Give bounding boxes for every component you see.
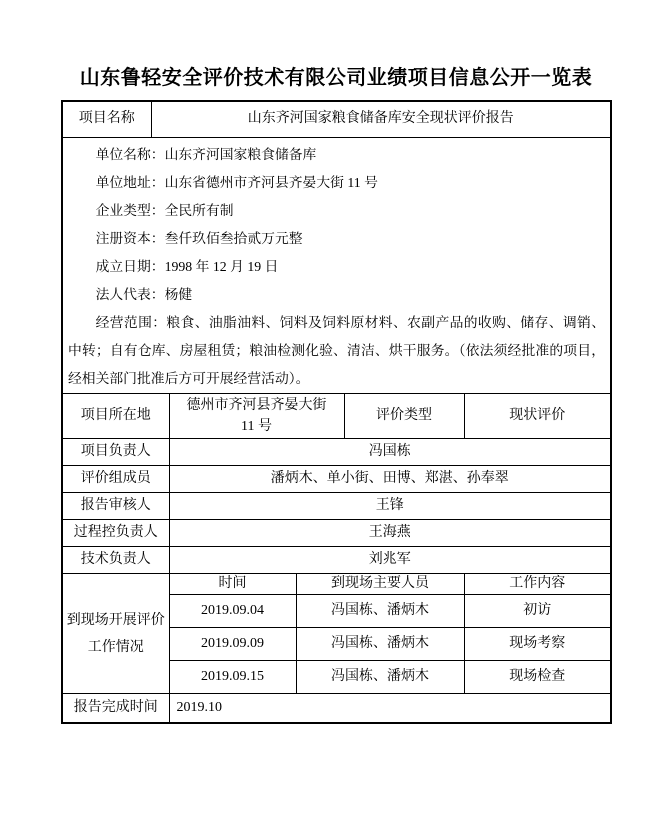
process-control-row: 过程控负责人 王海燕 (62, 520, 611, 547)
project-leader-value: 冯国栋 (169, 439, 611, 466)
report-reviewer-row: 报告审核人 王锋 (62, 493, 611, 520)
visit-3-personnel: 冯国栋、潘炳木 (296, 661, 464, 694)
location-value-line1: 德州市齐河县齐晏大街 (170, 395, 344, 416)
visit-1-date: 2019.09.04 (169, 595, 296, 628)
page-title: 山东鲁轻安全评价技术有限公司业绩项目信息公开一览表 (0, 61, 672, 90)
technical-leader-row: 技术负责人 刘兆军 (62, 547, 611, 574)
visit-2-content: 现场考察 (464, 628, 611, 661)
project-location-row: 项目所在地 德州市齐河县齐晏大街 11 号 评价类型 现状评价 (62, 394, 611, 439)
project-leader-row: 项目负责人 冯国栋 (62, 439, 611, 466)
location-label: 项目所在地 (62, 394, 169, 439)
report-completion-row: 报告完成时间 2019.10 (62, 694, 611, 724)
visit-time-header: 时间 (169, 574, 296, 595)
technical-leader-value: 刘兆军 (169, 547, 611, 574)
location-value: 德州市齐河县齐晏大街 11 号 (169, 394, 344, 439)
founding-date-line: 成立日期：1998 年 12 月 19 日 (68, 253, 605, 281)
registered-capital-line: 注册资本：叁仟玖佰叁拾贰万元整 (68, 225, 605, 253)
visit-content-header: 工作内容 (464, 574, 611, 595)
evaluation-type-value: 现状评价 (464, 394, 611, 439)
site-visit-label-line2: 工作情况 (63, 634, 169, 661)
document-page: 山东鲁轻安全评价技术有限公司业绩项目信息公开一览表 项目名称 山东齐河国家粮食储… (0, 0, 672, 818)
project-info-table: 项目名称 山东齐河国家粮食储备库安全现状评价报告 单位名称：山东齐河国家粮食储备… (61, 100, 612, 724)
company-info-row: 单位名称：山东齐河国家粮食储备库 单位地址：山东省德州市齐河县齐晏大街 11 号… (62, 138, 611, 394)
company-name-line: 单位名称：山东齐河国家粮食储备库 (68, 141, 605, 169)
project-name-label: 项目名称 (62, 101, 151, 138)
site-visit-label: 到现场开展评价 工作情况 (62, 574, 169, 694)
legal-representative-line: 法人代表：杨健 (68, 281, 605, 309)
technical-leader-label: 技术负责人 (62, 547, 169, 574)
report-reviewer-label: 报告审核人 (62, 493, 169, 520)
project-name-row: 项目名称 山东齐河国家粮食储备库安全现状评价报告 (62, 101, 611, 138)
project-leader-label: 项目负责人 (62, 439, 169, 466)
report-reviewer-value: 王锋 (169, 493, 611, 520)
evaluation-team-row: 评价组成员 潘炳木、单小街、田博、郑湛、孙奉翠 (62, 466, 611, 493)
report-completion-label: 报告完成时间 (62, 694, 169, 724)
visit-personnel-header: 到现场主要人员 (296, 574, 464, 595)
location-value-line2: 11 号 (170, 416, 344, 437)
process-control-label: 过程控负责人 (62, 520, 169, 547)
evaluation-type-label: 评价类型 (344, 394, 464, 439)
report-completion-value: 2019.10 (169, 694, 611, 724)
company-info-cell: 单位名称：山东齐河国家粮食储备库 单位地址：山东省德州市齐河县齐晏大街 11 号… (62, 138, 611, 394)
process-control-value: 王海燕 (169, 520, 611, 547)
site-visit-label-line1: 到现场开展评价 (63, 607, 169, 634)
visit-3-content: 现场检查 (464, 661, 611, 694)
visit-3-date: 2019.09.15 (169, 661, 296, 694)
visit-2-date: 2019.09.09 (169, 628, 296, 661)
project-name-value: 山东齐河国家粮食储备库安全现状评价报告 (151, 101, 611, 138)
business-scope-line: 经营范围：粮食、油脂油料、饲料及饲料原材料、农副产品的收购、储存、调销、中转；自… (68, 309, 605, 393)
company-address-line: 单位地址：山东省德州市齐河县齐晏大街 11 号 (68, 169, 605, 197)
company-type-line: 企业类型：全民所有制 (68, 197, 605, 225)
visit-1-personnel: 冯国栋、潘炳木 (296, 595, 464, 628)
site-visit-header-row: 到现场开展评价 工作情况 时间 到现场主要人员 工作内容 (62, 574, 611, 595)
visit-1-content: 初访 (464, 595, 611, 628)
visit-2-personnel: 冯国栋、潘炳木 (296, 628, 464, 661)
evaluation-team-value: 潘炳木、单小街、田博、郑湛、孙奉翠 (169, 466, 611, 493)
evaluation-team-label: 评价组成员 (62, 466, 169, 493)
